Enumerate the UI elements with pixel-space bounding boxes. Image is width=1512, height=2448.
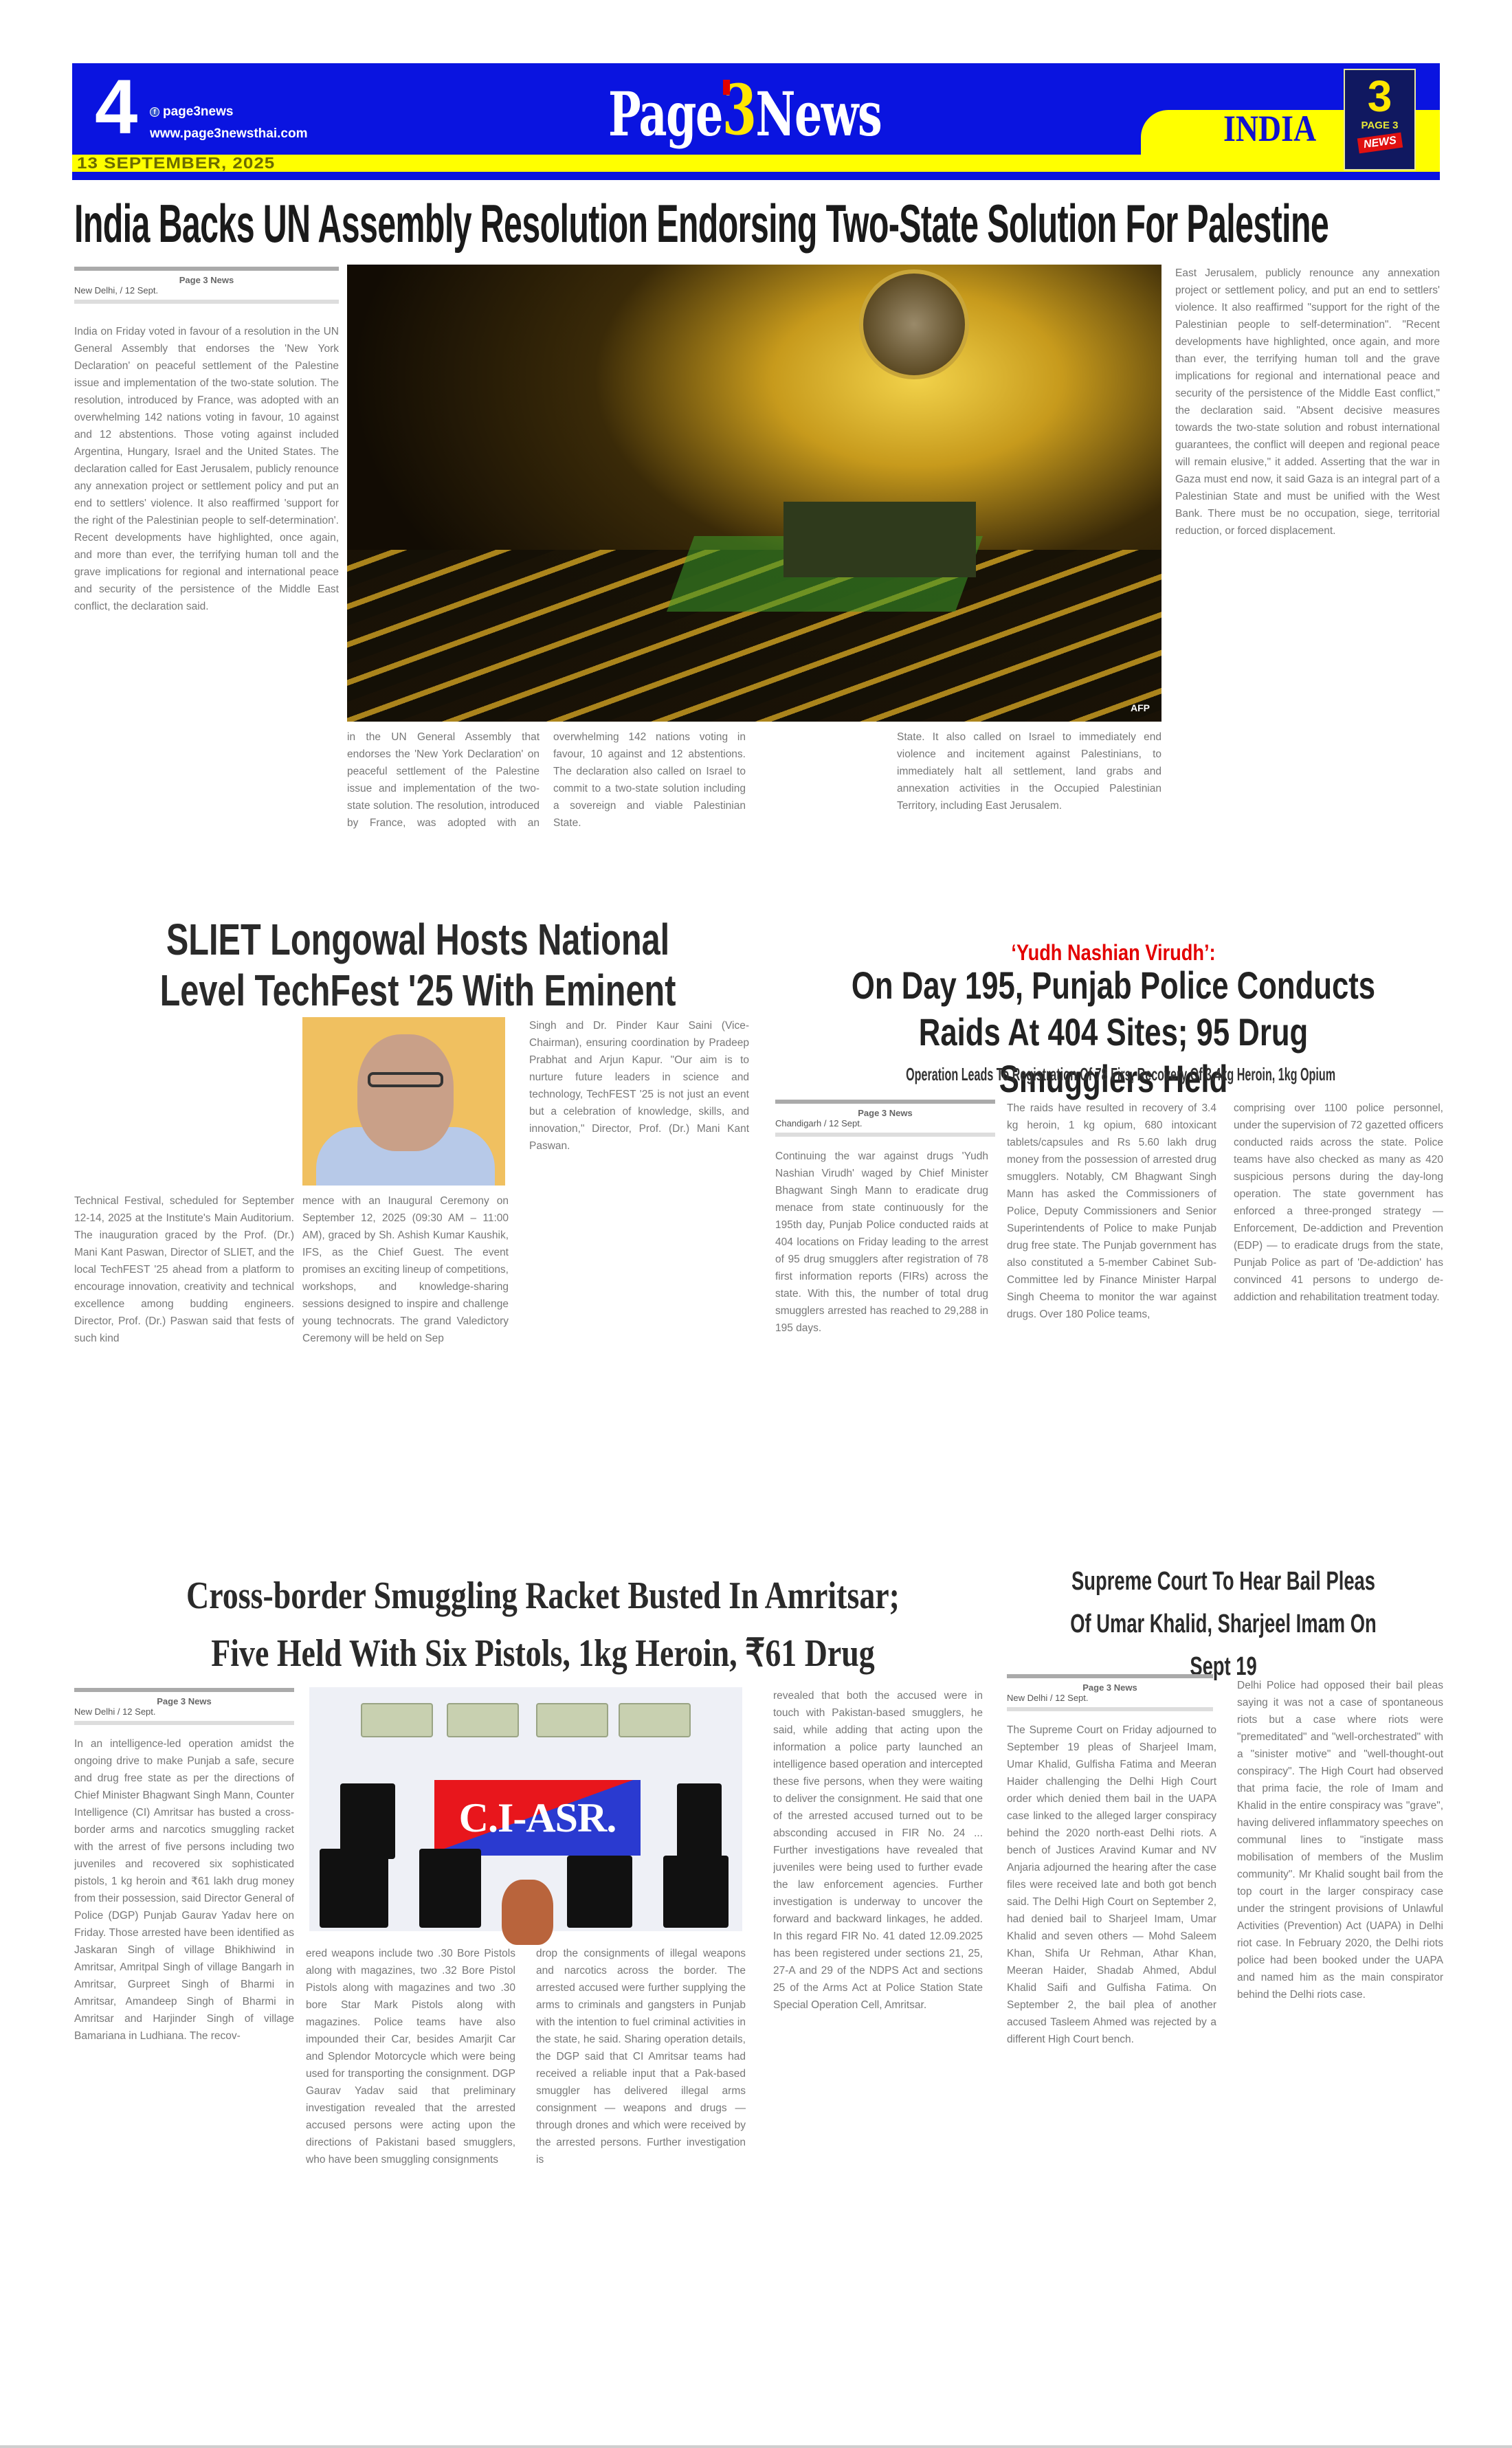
headline-line-1: Cross-border Smuggling Racket Busted In … (177, 1567, 909, 1625)
byline-dateline: New Delhi / 12 Sept. (1007, 1693, 1089, 1703)
cash-bundle-icon (447, 1703, 519, 1737)
badge-number: 3 (1368, 74, 1392, 118)
byline-dateline: New Delhi, / 12 Sept. (74, 285, 158, 296)
facebook-handle: page3news (163, 104, 233, 120)
page-number: 4 (95, 69, 137, 146)
byline-dateline: Chandigarh / 12 Sept. (775, 1118, 862, 1128)
facebook-icon: f (150, 107, 159, 117)
badge-label: PAGE 3 (1361, 120, 1399, 131)
logo-word-page: Page (608, 84, 722, 144)
cash-bundle-icon (361, 1703, 433, 1737)
website-link[interactable]: www.page3newsthai.com (150, 126, 307, 142)
photo-face (357, 1034, 454, 1151)
byline-source: Page 3 News (775, 1108, 995, 1118)
punjab-column-3: comprising over 1100 police personnel, u… (1234, 1100, 1443, 1546)
punjab-byline: Page 3 News Chandigarh / 12 Sept. (775, 1100, 995, 1137)
cross-column-4: revealed that both the accused were in t… (773, 1687, 983, 2399)
cross-column-3: drop the consignments of illegal weapons… (536, 1945, 746, 2399)
issue-date: 13 SEPTEMBER, 2025 (77, 154, 275, 173)
un-column-2: in the UN General Assembly that endorses… (347, 728, 746, 869)
un-emblem-icon (859, 269, 969, 379)
un-column-1: India on Friday voted in favour of a res… (74, 323, 339, 869)
byline-source: Page 3 News (1007, 1682, 1213, 1693)
glasses-icon (368, 1072, 443, 1087)
sliet-column-1: Technical Festival, scheduled for Septem… (74, 1192, 294, 1543)
cross-column-2: ered weapons include two .30 Bore Pistol… (306, 1945, 515, 2399)
photo-credit: AFP (1131, 702, 1150, 713)
byline-source: Page 3 News (74, 275, 339, 285)
ci-asr-sign: C.I-ASR. (434, 1780, 641, 1856)
un-column-3: State. It also called on Israel to immed… (897, 728, 1161, 869)
cash-bundle-icon (619, 1703, 691, 1737)
pistol-icon (320, 1849, 388, 1928)
brand-badge-icon: 3 PAGE 3 NEWS (1344, 69, 1416, 170)
headline-un-resolution[interactable]: India Backs UN Assembly Resolution Endor… (74, 192, 1328, 255)
logo-number: 3 (722, 76, 756, 144)
sc-byline: Page 3 News New Delhi / 12 Sept. (1007, 1674, 1213, 1711)
pistol-icon (419, 1849, 481, 1928)
heroin-packet-icon (502, 1880, 553, 1945)
masthead-bottom-rule (72, 172, 1440, 180)
pistol-icon (677, 1783, 722, 1859)
facebook-link[interactable]: f page3news (150, 104, 233, 120)
byline-source: Page 3 News (74, 1696, 294, 1706)
sliet-column-3: Singh and Dr. Pinder Kaur Saini (Vice-Ch… (529, 1017, 749, 1543)
sliet-column-2: mence with an Inaugural Ceremony on Sept… (302, 1192, 509, 1543)
un-byline: Page 3 News New Delhi, / 12 Sept. (74, 267, 339, 304)
cross-column-1: In an intelligence-led operation amidst … (74, 1735, 294, 2399)
byline-dateline: New Delhi / 12 Sept. (74, 1706, 156, 1717)
sc-column-2: Delhi Police had opposed their bail plea… (1237, 1677, 1443, 2399)
pistol-icon (567, 1856, 632, 1928)
newspaper-logo: Page 3 News (608, 76, 881, 144)
section-label: INDIA (1223, 107, 1316, 150)
punjab-column-2: The raids have resulted in recovery of 3… (1007, 1100, 1216, 1546)
sc-column-1: The Supreme Court on Friday adjourned to… (1007, 1722, 1216, 2399)
headline-supreme-court[interactable]: Supreme Court To Hear Bail Pleas Of Umar… (1060, 1560, 1386, 1688)
pistol-icon (340, 1783, 395, 1859)
cross-byline: Page 3 News New Delhi / 12 Sept. (74, 1688, 294, 1725)
un-column-4: East Jerusalem, publicly renounce any an… (1175, 265, 1440, 869)
cash-bundle-icon (536, 1703, 608, 1737)
badge-news: NEWS (1357, 133, 1402, 154)
pistol-icon (663, 1856, 729, 1928)
logo-word-news: News (756, 84, 882, 144)
page-bottom-rule (0, 2445, 1512, 2448)
subheadline-punjab-police: Operation Leads To Registration Of 78 Fi… (906, 1064, 1328, 1085)
punjab-column-1: Continuing the war against drugs 'Yudh N… (775, 1148, 988, 1546)
un-photo-podium (783, 502, 976, 577)
